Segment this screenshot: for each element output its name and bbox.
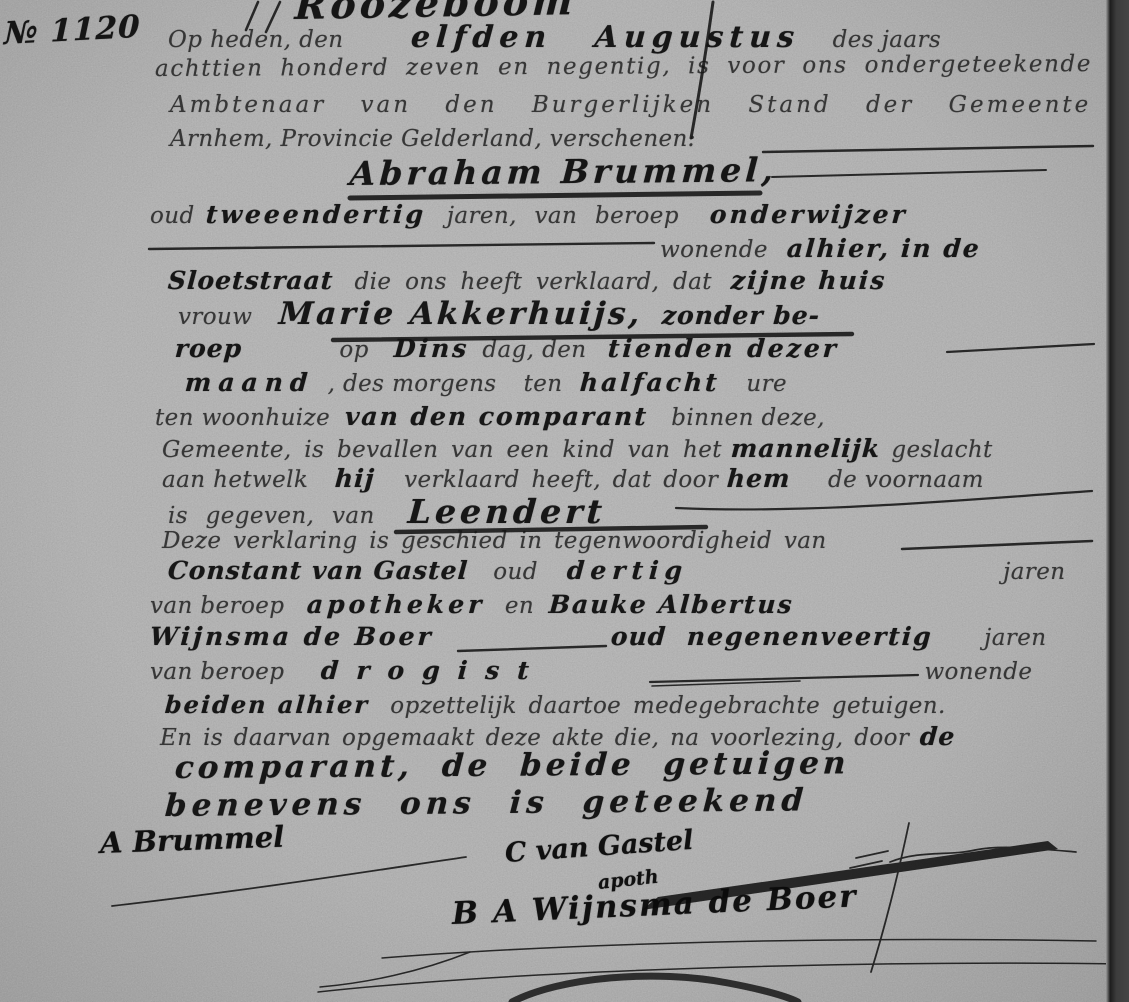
witness2-occupation: drogist bbox=[320, 656, 548, 685]
signature-witness2: B A Wijnsma de Boer bbox=[451, 878, 858, 932]
handwritten-text: zonder be- bbox=[661, 301, 821, 330]
record-line-8: Sloetstraat die ons heeft verklaard, dat… bbox=[168, 266, 886, 295]
record-number-line: № 1120 bbox=[3, 9, 141, 52]
form-text: jaren, van beroep bbox=[447, 203, 679, 229]
form-text: achttien honderd zeven en negentig, is v… bbox=[155, 51, 1092, 82]
form-text: die ons heeft verklaard, dat bbox=[355, 269, 712, 295]
declarant-name: Abraham Brummel, bbox=[349, 150, 779, 193]
form-text: wonende bbox=[660, 237, 768, 263]
record-line-4: Arnhem, Provincie Gelderland, verschenen… bbox=[170, 126, 696, 152]
record-line-1: Op heden, den elfden Augustus des jaars bbox=[168, 20, 941, 55]
form-text: van beroep bbox=[150, 593, 284, 619]
handwritten-date: elfden Augustus bbox=[409, 20, 800, 55]
record-number: № 1120 bbox=[4, 9, 141, 52]
record-line-15: is gegeven, van Leendert bbox=[168, 492, 606, 531]
witness1-name: Constant van Gastel bbox=[167, 556, 469, 585]
scanned-birth-record: Roozeboom № 1120 Op heden, den elfden Au… bbox=[0, 0, 1129, 1002]
record-line-6: oud tweeendertig jaren, van beroep onder… bbox=[150, 200, 908, 229]
form-text: opzettelijk daartoe medegebrachte getuig… bbox=[390, 693, 945, 719]
handwritten-occupation: onderwijzer bbox=[709, 200, 909, 229]
form-text: oud bbox=[493, 559, 538, 585]
record-line-2: achttien honderd zeven en negentig, is v… bbox=[155, 51, 1092, 82]
scan-edge-shadow bbox=[1106, 0, 1129, 1002]
record-line-13: Gemeente, is bevallen van een kind van h… bbox=[162, 434, 993, 463]
form-text: verklaard heeft, dat door bbox=[404, 467, 718, 493]
form-text: van beroep bbox=[150, 659, 284, 685]
handwritten-street: Sloetstraat bbox=[167, 266, 334, 295]
form-text: aan hetwelk bbox=[162, 467, 308, 493]
handwritten-closing: benevens ons is geteekend bbox=[164, 782, 809, 824]
witness1-occupation: apotheker bbox=[306, 590, 486, 619]
form-text: en bbox=[505, 593, 534, 619]
form-text: vrouw bbox=[178, 304, 252, 330]
form-text: des jaars bbox=[833, 27, 941, 53]
handwritten-text: beiden alhier bbox=[164, 690, 370, 719]
form-text: dag, den bbox=[482, 337, 586, 363]
handwritten-day: tienden dezer bbox=[607, 334, 840, 363]
handwritten-hour: halfacht bbox=[579, 368, 721, 397]
form-text: , des morgens bbox=[328, 371, 497, 397]
record-line-23: comparant, de beide getuigen bbox=[175, 745, 850, 786]
handwritten-text: zijne huis bbox=[730, 266, 887, 295]
form-text: Gemeente, is bevallen van een kind van h… bbox=[162, 437, 722, 463]
child-name: Leendert bbox=[406, 492, 607, 531]
record-line-19: Wijnsma de Boer oud negenenveertig jaren bbox=[150, 622, 1046, 651]
record-line-10: roep op Dins dag, den tienden dezer bbox=[175, 334, 839, 363]
form-text: ten bbox=[524, 371, 563, 397]
form-text: oud bbox=[610, 622, 667, 651]
witness2-name-part1: Bauke Albertus bbox=[548, 590, 795, 619]
record-line-5: Abraham Brummel, bbox=[350, 150, 778, 193]
signature-declarant: A Brummel bbox=[99, 820, 284, 860]
handwritten-residence: alhier, in de bbox=[786, 234, 982, 263]
record-line-11: maand , des morgens ten halfacht ure bbox=[185, 368, 787, 397]
record-line-24: benevens ons is geteekend bbox=[165, 782, 809, 824]
record-line-18: van beroep apotheker en Bauke Albertus bbox=[150, 590, 794, 619]
form-text: jaren bbox=[984, 625, 1046, 651]
witness2-name-part2: Wijnsma de Boer bbox=[149, 622, 435, 651]
handwritten-sex: mannelijk bbox=[730, 434, 881, 463]
form-text: jaren bbox=[1003, 559, 1065, 585]
form-text: geslacht bbox=[891, 437, 992, 463]
form-text: Deze verklaring is geschied in tegenwoor… bbox=[162, 528, 827, 554]
form-text: Ambtenaar van den Burgerlijken Stand der… bbox=[170, 92, 1091, 118]
record-line-16: Deze verklaring is geschied in tegenwoor… bbox=[162, 528, 827, 554]
form-text: binnen deze, bbox=[671, 405, 825, 431]
record-line-12: ten woonhuize van den comparant binnen d… bbox=[155, 402, 825, 431]
record-line-21: beiden alhier opzettelijk daartoe medege… bbox=[165, 690, 946, 719]
handwritten-text: roep bbox=[174, 334, 243, 363]
witness1-age: dertig bbox=[566, 556, 689, 585]
record-line-14: aan hetwelk hij verklaard heeft, dat doo… bbox=[162, 464, 984, 493]
mother-name: Marie Akkerhuijs, bbox=[278, 296, 644, 332]
handwritten-text: maand bbox=[184, 368, 316, 397]
handwritten-age: tweeendertig bbox=[205, 200, 427, 229]
form-text: wonende bbox=[924, 659, 1032, 685]
form-text: de voornaam bbox=[828, 467, 984, 493]
handwritten-text: van den comparant bbox=[344, 402, 649, 431]
record-line-7: wonende alhier, in de bbox=[660, 234, 981, 263]
handwritten-text: hem bbox=[726, 464, 792, 493]
handwritten-text: de bbox=[919, 722, 956, 751]
signature-witness1: C van Gastel bbox=[504, 825, 694, 869]
handwritten-weekday: Dins bbox=[393, 334, 470, 363]
witness2-age: negenenveertig bbox=[686, 622, 934, 651]
record-line-17: Constant van Gastel oud dertig jaren bbox=[168, 556, 1065, 585]
form-text: is gegeven, van bbox=[168, 503, 375, 529]
form-text: Op heden, den bbox=[168, 27, 343, 53]
form-text: ten woonhuize bbox=[155, 405, 330, 431]
form-text: Arnhem, Provincie Gelderland, verschenen… bbox=[170, 126, 696, 152]
handwritten-text: hij bbox=[334, 464, 376, 493]
record-line-20: van beroep drogist wonende bbox=[150, 656, 1032, 685]
record-line-3: Ambtenaar van den Burgerlijken Stand der… bbox=[170, 92, 1091, 118]
record-line-9: vrouw Marie Akkerhuijs, zonder be- bbox=[178, 296, 820, 332]
form-text: oud bbox=[150, 203, 195, 229]
handwritten-closing: comparant, de beide getuigen bbox=[174, 745, 851, 786]
form-text: ure bbox=[746, 371, 787, 397]
form-text: op bbox=[339, 337, 368, 363]
